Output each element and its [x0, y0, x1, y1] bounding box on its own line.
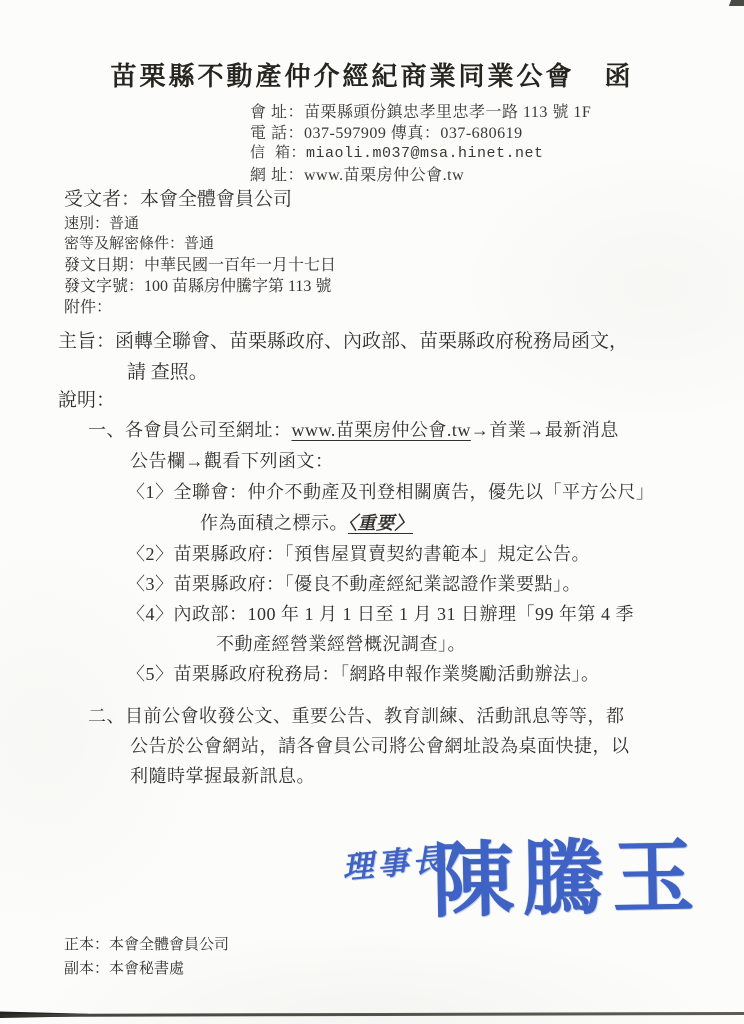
- association-url: www.苗栗房仲公會.tw: [292, 420, 471, 440]
- item2-line2: 公告於公會網站，請各會員公司將公會網址設為桌面快捷，以: [130, 732, 630, 758]
- item1-line2: 公告欄→觀看下列函文：: [130, 447, 334, 473]
- contact-website: 網 址：www.苗栗房仲公會.tw: [250, 162, 464, 185]
- item1-line1-pre: 一、各會員公司至網址：: [88, 420, 292, 440]
- contact-phone: 電 話：037-597909 傳真：037-680619: [250, 120, 523, 143]
- doc-type: 函: [605, 62, 634, 91]
- item1-sub3: 〈3〉苗栗縣政府：「優良不動產經紀業認證作業要點」。: [127, 570, 581, 596]
- speed-line: 速別：普通: [64, 212, 139, 233]
- item1-sub1-cont-text: 作為面積之標示。: [200, 513, 348, 533]
- security-line: 密等及解密條件：普通: [64, 232, 214, 253]
- item1-sub1-cont: 作為面積之標示。〈重要〉: [200, 509, 413, 535]
- scanned-letter-page: 苗栗縣不動產仲介經紀商業同業公會函 會 址：苗栗縣頭份鎮忠孝里忠孝一路 113 …: [0, 0, 744, 1024]
- item2-line1: 二、目前公會收發公文、重要公告、教育訓練、活動訊息等等，都: [88, 702, 625, 728]
- attachment-line: 附件：: [64, 294, 112, 317]
- org-name: 苗栗縣不動產仲介經紀商業同業公會: [110, 62, 574, 91]
- copy-original-line: 正本：本會全體會員公司: [64, 933, 229, 954]
- copy-cc-line: 副本：本會秘書處: [64, 957, 184, 978]
- subject-line1: 主旨：函轉全聯會、苗栗縣政府、內政部、苗栗縣政府稅務局函文，: [58, 326, 628, 353]
- explanation-label: 說明：: [58, 385, 115, 412]
- recipient-line: 受文者：本會全體會員公司: [64, 184, 292, 211]
- item2-line3: 利隨時掌握最新訊息。: [130, 762, 315, 788]
- item1-sub5: 〈5〉苗栗縣政府稅務局：「網路申報作業獎勵活動辦法」。: [127, 660, 600, 686]
- document-title: 苗栗縣不動產仲介經紀商業同業公會函: [0, 56, 744, 93]
- subject-line2: 請 查照。: [127, 357, 208, 384]
- item1-line1: 一、各會員公司至網址：www.苗栗房仲公會.tw→首業→最新消息: [88, 416, 619, 442]
- contact-email: 信 箱：miaoli.m037@msa.hinet.net: [250, 141, 544, 162]
- item1-sub4-cont: 不動產經營業經營概況調查」。: [216, 630, 466, 656]
- issue-date-line: 發文日期：中華民國一百年一月十七日: [64, 252, 336, 275]
- item1-sub4: 〈4〉內政部：100 年 1 月 1 日至 1 月 31 日辦理「99 年第 4…: [127, 600, 634, 626]
- contact-address: 會 址：苗栗縣頭份鎮忠孝里忠孝一路 113 號 1F: [250, 99, 591, 122]
- stamp-name: 陳騰玉: [431, 812, 703, 934]
- important-note: 〈重要〉: [348, 513, 413, 533]
- item1-line1-post: →首業→最新消息: [471, 420, 619, 440]
- scan-corner-mark: [729, 0, 744, 6]
- item1-sub2: 〈2〉苗栗縣政府：「預售屋買賣契約書範本」規定公告。: [127, 540, 590, 566]
- doc-number-line: 發文字號：100 苗縣房仲騰字第 113 號: [64, 273, 331, 296]
- scan-bottom-edge: [0, 1012, 744, 1017]
- item1-sub1: 〈1〉全聯會：仲介不動產及刊登相關廣告，優先以「平方公尺」: [127, 478, 655, 504]
